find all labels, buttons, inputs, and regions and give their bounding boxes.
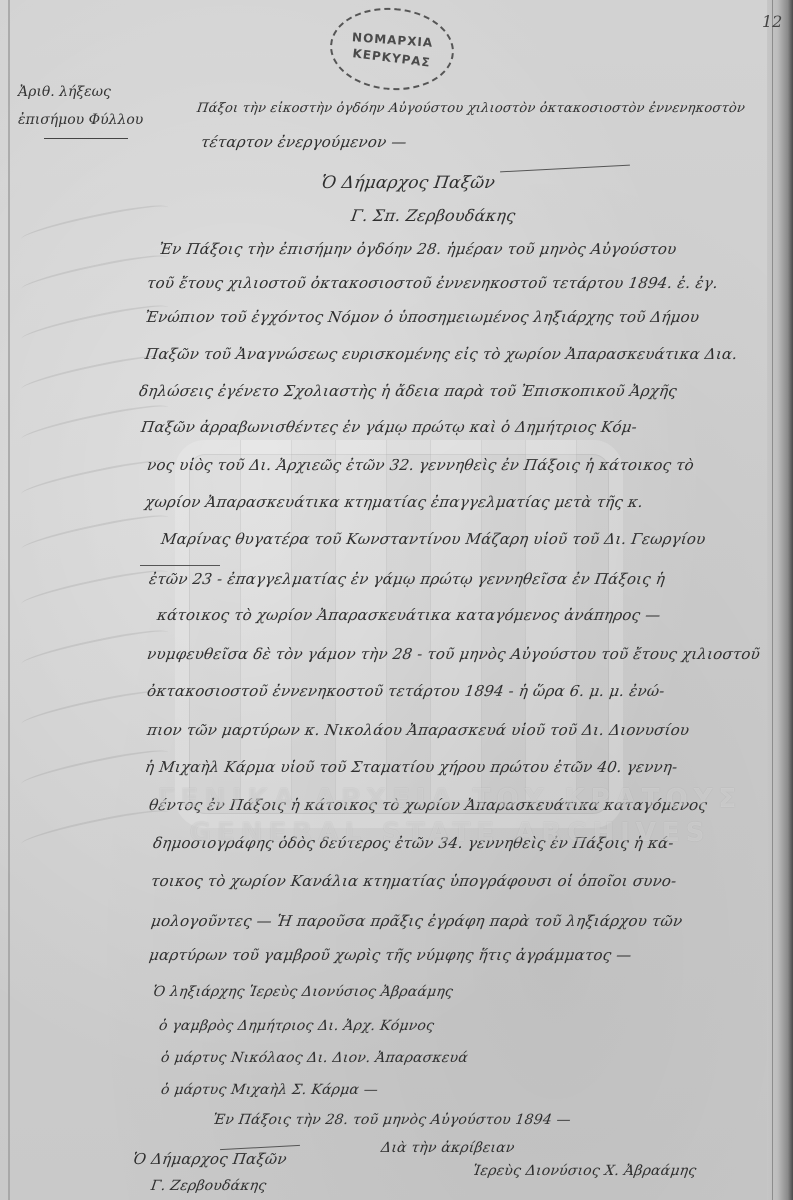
signature-witness-2: ὁ μάρτυς Μιχαὴλ Σ. Κάρμα — <box>160 1082 379 1098</box>
body-line: Παξῶν ἀρραβωνισθέντες ἐν γάμῳ πρώτῳ καὶ … <box>140 418 638 436</box>
margin-note: Ἀριθ. λήξεως ἐπισήμου Φύλλου <box>18 78 158 139</box>
body-line: ὀκτακοσιοστοῦ ἐννενηκοστοῦ τετάρτου 1894… <box>146 682 666 700</box>
body-line: Μαρίνας θυγατέρα τοῦ Κωνσταντίνου Μάζαρη… <box>160 530 707 548</box>
body-line: τοῦ ἔτους χιλιοστοῦ ὀκτακοσιοστοῦ ἐννενη… <box>146 274 719 292</box>
bleed-through-mark <box>20 510 170 557</box>
closing-certification: Διὰ τὴν ἀκρίβειαν <box>380 1140 516 1156</box>
body-line: ἐτῶν 23 - ἐπαγγελματίας ἐν γάμῳ πρώτῳ γε… <box>148 570 666 588</box>
left-margin-rule <box>8 0 10 1200</box>
bleed-through-mark <box>20 565 170 612</box>
margin-note-underline <box>44 138 128 139</box>
body-line: μολογοῦντες — Ἡ παροῦσα πρᾶξις ἐγράφη πα… <box>150 912 684 930</box>
archive-watermark-text-greek: ΓΕΝΙΚΑ ΑΡΧΕΙΑ ΤΟΥ ΚΡΑΤΟΥΣ <box>150 784 750 814</box>
signature-witness-1: ὁ μάρτυς Νικόλαος Δι. Διον. Ἀπαρασκευά <box>160 1050 469 1066</box>
body-line: τοικος τὸ χωρίον Κανάλια κτηματίας ὑπογρ… <box>150 872 678 890</box>
scanned-document-page: ΝΟΜΑΡΧΙΑ ΚΕΡΚΥΡΑΣ 12 Ἀριθ. λήξεως ἐπισήμ… <box>0 0 793 1200</box>
body-line: κάτοικος τὸ χωρίον Ἀπαρασκευάτικα καταγό… <box>156 606 662 624</box>
mayor-signature: Γ. Ζερβουδάκης <box>150 1178 267 1194</box>
page-number: 12 <box>762 12 782 31</box>
body-line: νυμφευθεῖσα δὲ τὸν γάμον τὴν 28 - τοῦ μη… <box>146 645 761 663</box>
bleed-through-mark <box>20 200 170 247</box>
mayor-title: Ὁ Δήμαρχος Παξῶν <box>132 1150 288 1168</box>
heading-line-2: τέταρτον ἐνεργούμενον — <box>200 133 408 151</box>
signature-groom: ὁ γαμβρὸς Δημήτριος Δι. Ἀρχ. Κόμνος <box>158 1018 435 1034</box>
heading-authority: Ὁ Δήμαρχος Παξῶν <box>320 173 496 193</box>
certifier-signature: Ἱερεὺς Διονύσιος Χ. Ἀβραάμης <box>472 1163 697 1179</box>
prefecture-stamp: ΝΟΜΑΡΧΙΑ ΚΕΡΚΥΡΑΣ <box>327 4 456 94</box>
body-line: ἡ Μιχαὴλ Κάρμα υἱοῦ τοῦ Σταματίου χήρου … <box>144 758 679 776</box>
closing-place-date: Ἐν Πάξοις τὴν 28. τοῦ μηνὸς Αὐγούστου 18… <box>212 1112 572 1128</box>
margin-note-line-2: ἐπισήμου Φύλλου <box>18 106 158 134</box>
binding-line <box>772 0 773 1200</box>
heading-signatory: Γ. Σπ. Ζερβουδάκης <box>350 206 517 225</box>
body-line: χωρίον Ἀπαρασκευάτικα κτηματίας ἐπαγγελμ… <box>144 493 644 511</box>
body-line: μαρτύρων τοῦ γαμβροῦ χωρὶς τῆς νύμφης ἥτ… <box>148 946 633 964</box>
body-line: πιον τῶν μαρτύρων κ. Νικολάου Ἀπαρασκευά… <box>146 721 691 739</box>
margin-note-line-1: Ἀριθ. λήξεως <box>18 78 158 106</box>
body-line: Ἐν Πάξοις τὴν ἐπισήμην ὀγδόην 28. ἡμέραν… <box>158 240 678 258</box>
body-line: νος υἱὸς τοῦ Δι. Ἀρχιεῶς ἐτῶν 32. γεννηθ… <box>146 456 695 474</box>
authority-flourish <box>500 165 630 173</box>
body-line: Ἐνώπιον τοῦ ἐγχόντος Νόμον ὁ ὑποσημειωμέ… <box>144 308 701 326</box>
underline-mark <box>140 565 220 566</box>
body-line: Παξῶν τοῦ Ἀναγνώσεως ευρισκομένης εἰς τὸ… <box>144 345 739 363</box>
heading-line-1: Πάξοι τὴν εἰκοστὴν ὀγδόην Αὐγούστου χιλι… <box>196 101 746 116</box>
binding-edge <box>767 0 793 1200</box>
archive-watermark-text-english: GENERAL STATE ARCHIVES <box>150 818 750 848</box>
body-line: δηλώσεις ἐγένετο Σχολιαστὴς ἡ ἄδεια παρὰ… <box>138 382 678 400</box>
signature-registrar: Ὁ ληξιάρχης Ἱερεὺς Διονύσιος Ἀβραάμης <box>152 984 454 1000</box>
